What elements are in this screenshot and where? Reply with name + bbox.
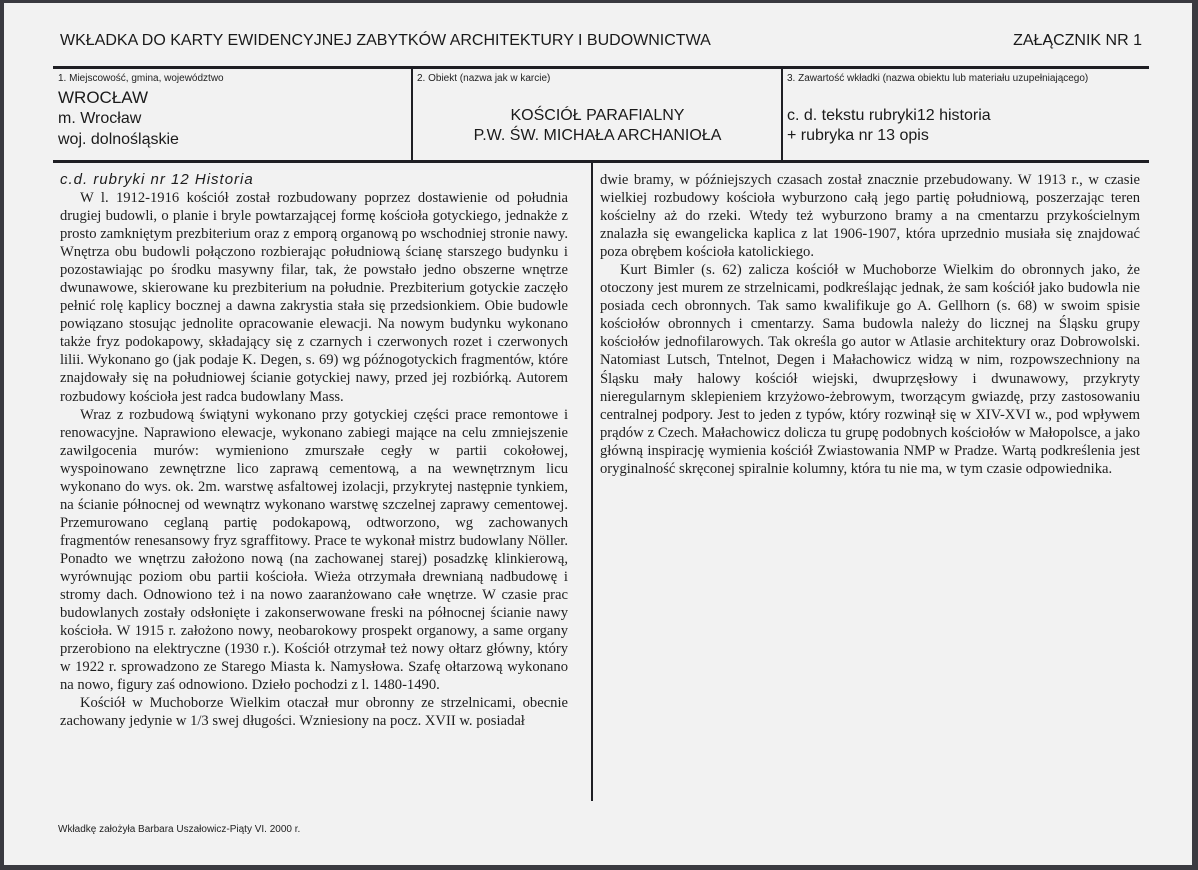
- paragraph: W l. 1912-1916 kościół został rozbudowan…: [60, 189, 568, 406]
- section-heading: c.d. rubryki nr 12 Historia: [60, 171, 568, 189]
- field-contents-line2: + rubryka nr 13 opis: [787, 126, 929, 146]
- body-right-column: dwie bramy, w późniejszych czasach zosta…: [600, 171, 1140, 478]
- field-contents-line1: c. d. tekstu rubryki12 historia: [787, 106, 991, 126]
- field-object-label: 2. Obiekt (nazwa jak w karcie): [417, 73, 550, 84]
- column-divider: [591, 161, 593, 801]
- form-title: WKŁADKA DO KARTY EWIDENCYJNEJ ZABYTKÓW A…: [60, 32, 711, 50]
- header-divider-1: [411, 67, 413, 162]
- paragraph: Wraz z rozbudową świątyni wykonano przy …: [60, 406, 568, 695]
- field-object-name-line2: P.W. ŚW. MICHAŁA ARCHANIOŁA: [414, 126, 781, 146]
- header-bottom-rule: [53, 160, 1149, 163]
- body-left-column: c.d. rubryki nr 12 Historia W l. 1912-19…: [60, 171, 568, 730]
- footer-note: Wkładkę założyła Barbara Uszałowicz-Piąt…: [58, 824, 300, 835]
- paragraph: dwie bramy, w późniejszych czasach zosta…: [600, 171, 1140, 261]
- field-contents-label: 3. Zawartość wkładki (nazwa obiektu lub …: [787, 73, 1088, 84]
- field-location-municipality: m. Wrocław: [58, 109, 141, 129]
- paragraph: Kurt Bimler (s. 62) zalicza kościół w Mu…: [600, 261, 1140, 478]
- paragraph: Kościół w Muchoborze Wielkim otaczał mur…: [60, 694, 568, 730]
- document-page: WKŁADKA DO KARTY EWIDENCYJNEJ ZABYTKÓW A…: [4, 3, 1192, 865]
- field-location-label: 1. Miejscowość, gmina, województwo: [58, 73, 224, 84]
- field-location-voivodeship: woj. dolnośląskie: [58, 130, 179, 150]
- header-divider-2: [781, 67, 783, 162]
- field-location-city: WROCŁAW: [58, 88, 148, 108]
- field-object-name-line1: KOŚCIÓŁ PARAFIALNY: [414, 106, 781, 126]
- annex-number: ZAŁĄCZNIK NR 1: [1013, 32, 1142, 50]
- header-top-rule: [53, 66, 1149, 69]
